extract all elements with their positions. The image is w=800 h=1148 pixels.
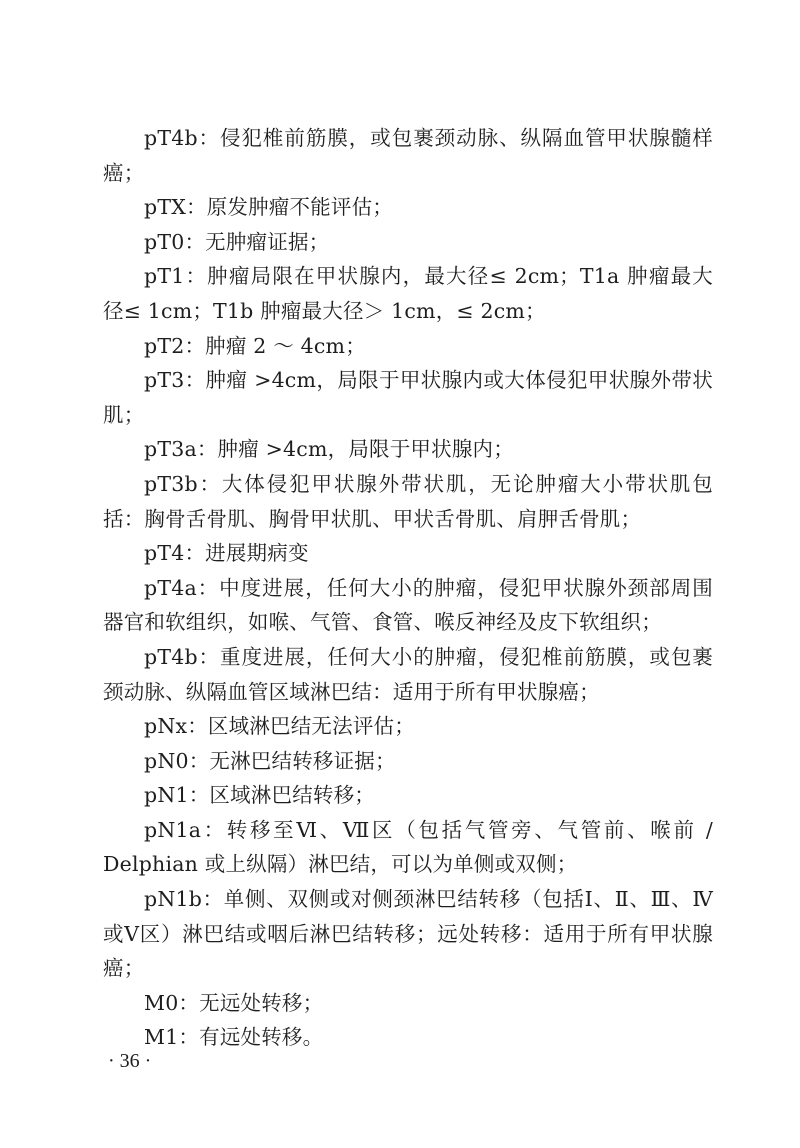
paragraph-pnx: pNx：区域淋巴结无法评估； [103, 709, 713, 744]
paragraph-pn1a: pN1a：转移至Ⅵ、Ⅶ区（包括气管旁、气管前、喉前 / Delphian 或上纵… [103, 813, 713, 882]
paragraph-pn1: pN1：区域淋巴结转移； [103, 778, 713, 813]
paragraph-pt3b: pT3b：大体侵犯甲状腺外带状肌，无论肿瘤大小带状肌包括：胸骨舌骨肌、胸骨甲状肌… [103, 467, 713, 536]
page-number: · 36 · [108, 1050, 151, 1073]
paragraph-pn1b: pN1b：单侧、双侧或对侧颈淋巴结转移（包括Ⅰ、Ⅱ、Ⅲ、Ⅳ或Ⅴ区）淋巴结或咽后淋… [103, 882, 713, 986]
paragraph-pt0: pT0：无肿瘤证据； [103, 225, 713, 260]
paragraph-pn0: pN0：无淋巴结转移证据； [103, 744, 713, 779]
paragraph-m0: M0：无远处转移； [103, 986, 713, 1021]
paragraph-pt4: pT4：进展期病变 [103, 536, 713, 571]
paragraph-pt4a: pT4a：中度进展，任何大小的肿瘤，侵犯甲状腺外颈部周围器官和软组织，如喉、气管… [103, 571, 713, 640]
paragraph-pt2: pT2：肿瘤 2 ～ 4cm； [103, 329, 713, 364]
paragraph-pt1: pT1：肿瘤局限在甲状腺内，最大径≤ 2cm；T1a 肿瘤最大径≤ 1cm；T1… [103, 259, 713, 328]
document-body: pT4b：侵犯椎前筋膜，或包裹颈动脉、纵隔血管甲状腺髓样癌； pTX：原发肿瘤不… [103, 121, 713, 1055]
paragraph-m1: M1：有远处转移。 [103, 1020, 713, 1055]
paragraph-ptx: pTX：原发肿瘤不能评估； [103, 190, 713, 225]
paragraph-pt3: pT3：肿瘤 >4cm，局限于甲状腺内或大体侵犯甲状腺外带状肌； [103, 363, 713, 432]
paragraph-pt4b: pT4b：重度进展，任何大小的肿瘤，侵犯椎前筋膜，或包裹颈动脉、纵隔血管区域淋巴… [103, 640, 713, 709]
paragraph-pt3a: pT3a：肿瘤 >4cm，局限于甲状腺内； [103, 432, 713, 467]
paragraph-pt4b-medullary: pT4b：侵犯椎前筋膜，或包裹颈动脉、纵隔血管甲状腺髓样癌； [103, 121, 713, 190]
